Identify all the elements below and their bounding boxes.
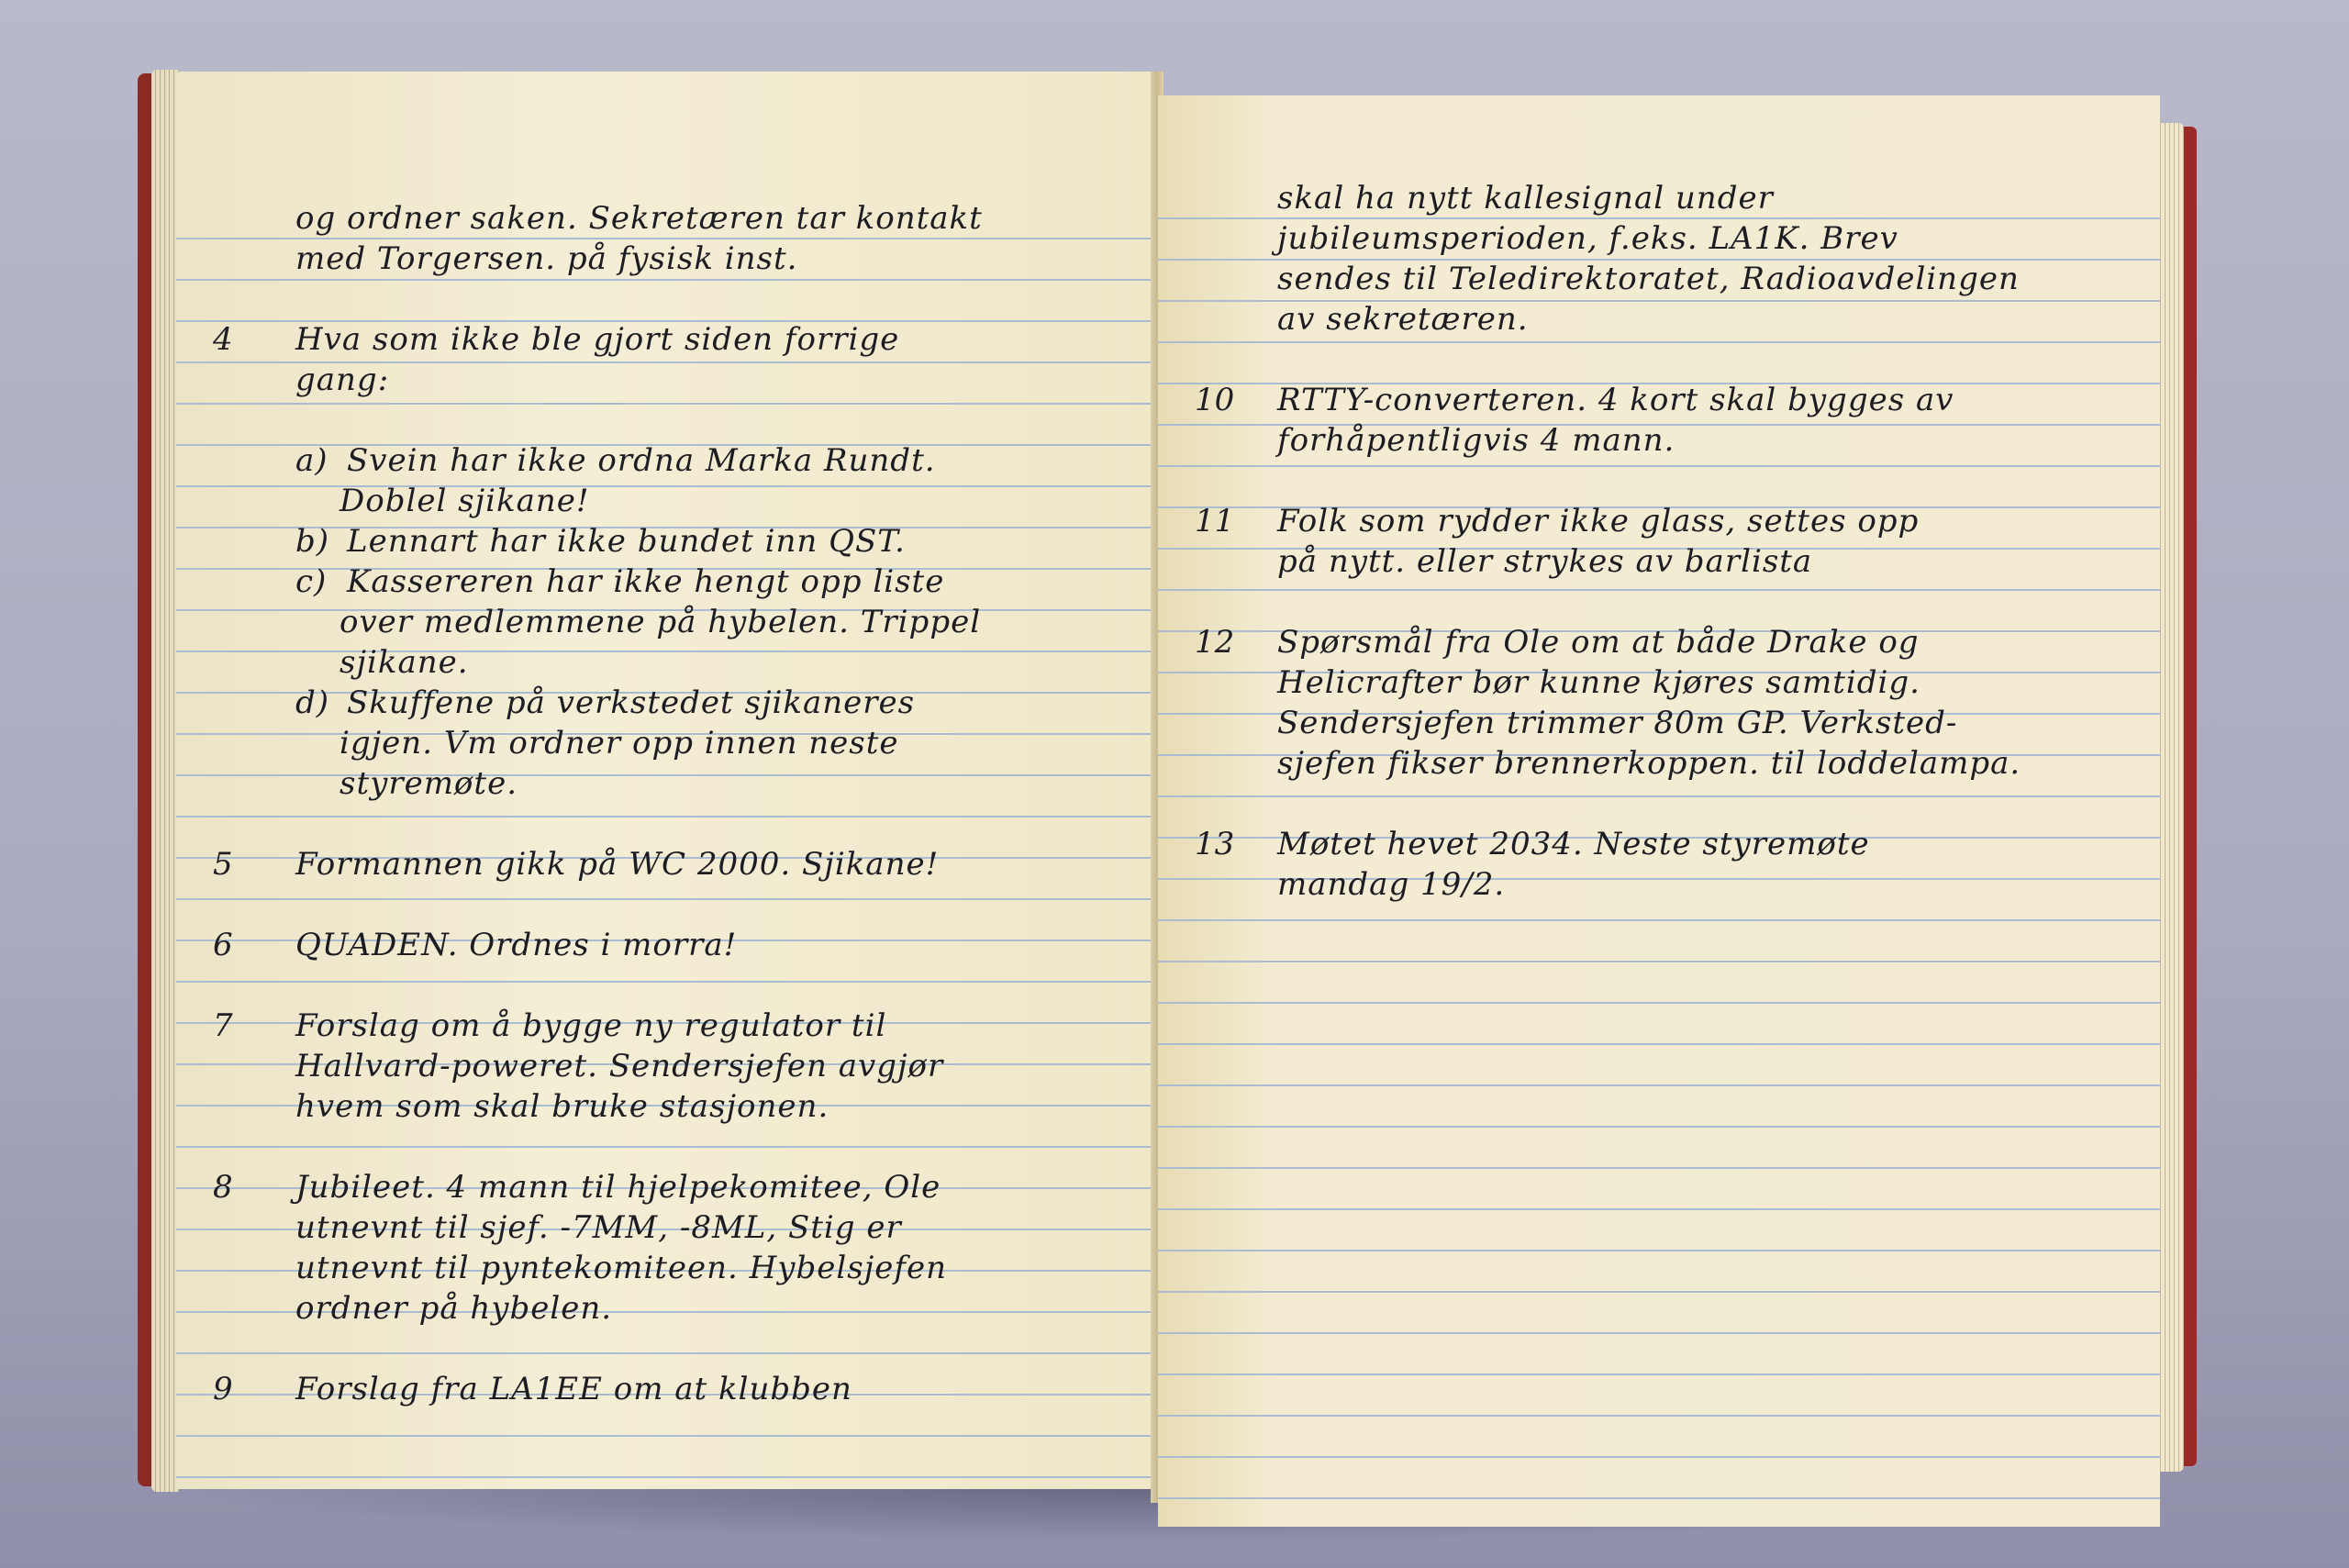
agenda-item-8: 8 Jubileet. 4 mann til hjelpekomitee, Ol… — [176, 1167, 1156, 1329]
agenda-item-11: 11 Folk som rydder ikke glass, settes op… — [1158, 501, 2160, 582]
notebook-cover-right — [2182, 127, 2197, 1466]
right-page: skal ha nytt kallesignal under jubileums… — [1158, 95, 2160, 1527]
agenda-item-10: 10 RTTY-converteren. 4 kort skal bygges … — [1158, 380, 2160, 461]
text-line: Kassereren har ikke hengt opp liste — [347, 563, 944, 600]
text-line: mandag 19/2. — [1277, 864, 2123, 905]
text-line: styremøte. — [295, 763, 1119, 804]
item-number: 10 — [1158, 380, 1277, 420]
item-number: 11 — [1158, 501, 1277, 541]
subitem-a: a)Svein har ikke ordna Marka Rundt. — [295, 440, 1119, 481]
item-number: 13 — [1158, 824, 1277, 864]
subitem-label: d) — [295, 683, 347, 723]
agenda-item-9: 9 Forslag fra LA1EE om at klubben — [176, 1369, 1156, 1409]
text-line: Svein har ikke ordna Marka Rundt. — [347, 442, 936, 479]
agenda-item-12: 12 Spørsmål fra Ole om at både Drake og … — [1158, 622, 2160, 784]
text-line: Lennart har ikke bundet inn QST. — [347, 523, 906, 560]
continuation-block: skal ha nytt kallesignal under jubileums… — [1158, 178, 2160, 339]
text-line: Helicrafter bør kunne kjøres samtidig. — [1277, 662, 2123, 703]
text-line: utnevnt til pyntekomiteen. Hybelsjefen — [295, 1248, 1119, 1288]
text-line: Formannen gikk på WC 2000. Sjikane! — [295, 844, 1119, 884]
text-line: gang: — [295, 360, 1119, 400]
text-line: Sendersjefen trimmer 80m GP. Verksted- — [1277, 703, 2123, 743]
text-line: ordner på hybelen. — [295, 1288, 1119, 1329]
text-line: skal ha nytt kallesignal under — [1277, 178, 2123, 218]
left-page: og ordner saken. Sekretæren tar kontakt … — [176, 72, 1156, 1489]
text-line: med Torgersen. på fysisk inst. — [295, 239, 1119, 279]
subitem-b: b)Lennart har ikke bundet inn QST. — [295, 521, 1119, 562]
text-line: QUADEN. Ordnes i morra! — [295, 925, 1119, 965]
text-line: Spørsmål fra Ole om at både Drake og — [1277, 622, 2123, 662]
subitem-label: b) — [295, 521, 347, 562]
text-line: forhåpentligvis 4 mann. — [1277, 420, 2123, 461]
subitem-d: d)Skuffene på verkstedet sjikaneres — [295, 683, 1119, 723]
subitem-label: a) — [295, 440, 347, 481]
text-line: Forslag om å bygge ny regulator til — [295, 1006, 1119, 1046]
text-line: Folk som rydder ikke glass, settes opp — [1277, 501, 2123, 541]
text-line: og ordner saken. Sekretæren tar kontakt — [295, 198, 1119, 239]
item-number: 7 — [176, 1006, 295, 1046]
text-line: Jubileet. 4 mann til hjelpekomitee, Ole — [295, 1167, 1119, 1207]
item-number: 12 — [1158, 622, 1277, 662]
text-line: sendes til Teledirektoratet, Radioavdeli… — [1277, 259, 2123, 299]
continuation-block: og ordner saken. Sekretæren tar kontakt … — [176, 198, 1156, 279]
text-line: igjen. Vm ordner opp innen neste — [295, 723, 1119, 763]
text-line: Hallvard-poweret. Sendersjefen avgjør — [295, 1046, 1119, 1086]
item-number: 5 — [176, 844, 295, 884]
text-line: utnevnt til sjef. -7MM, -8ML, Stig er — [295, 1207, 1119, 1248]
text-line: Skuffene på verkstedet sjikaneres — [347, 684, 915, 721]
text-line: Doblel sjikane! — [295, 481, 1119, 521]
item-number: 8 — [176, 1167, 295, 1207]
right-page-content: skal ha nytt kallesignal under jubileums… — [1158, 178, 2160, 905]
agenda-item-6: 6 QUADEN. Ordnes i morra! — [176, 925, 1156, 965]
text-line: jubileumsperioden, f.eks. LA1K. Brev — [1277, 218, 2123, 259]
agenda-item-13: 13 Møtet hevet 2034. Neste styremøte man… — [1158, 824, 2160, 905]
page-stack-left — [151, 70, 179, 1492]
text-line: RTTY-converteren. 4 kort skal bygges av — [1277, 380, 2123, 420]
text-line: Forslag fra LA1EE om at klubben — [295, 1369, 1119, 1409]
subitem-c: c)Kassereren har ikke hengt opp liste — [295, 562, 1119, 602]
text-line: Møtet hevet 2034. Neste styremøte — [1277, 824, 2123, 864]
item-number: 6 — [176, 925, 295, 965]
subitem-label: c) — [295, 562, 347, 602]
agenda-item-4: 4 Hva som ikke ble gjort siden forrige g… — [176, 319, 1156, 804]
text-line: over medlemmene på hybelen. Trippel — [295, 602, 1119, 642]
text-line: av sekretæren. — [1277, 299, 2123, 339]
item-number: 4 — [176, 319, 295, 360]
left-page-content: og ordner saken. Sekretæren tar kontakt … — [176, 198, 1156, 1409]
agenda-item-5: 5 Formannen gikk på WC 2000. Sjikane! — [176, 844, 1156, 884]
page-stack-right — [2156, 123, 2184, 1472]
text-line: sjikane. — [295, 642, 1119, 683]
text-line: på nytt. eller strykes av barlista — [1277, 541, 2123, 582]
text-line: hvem som skal bruke stasjonen. — [295, 1086, 1119, 1127]
text-line: sjefen fikser brennerkoppen. til loddela… — [1277, 743, 2123, 784]
text-line: Hva som ikke ble gjort siden forrige — [295, 319, 1119, 360]
agenda-item-7: 7 Forslag om å bygge ny regulator til Ha… — [176, 1006, 1156, 1127]
item-number: 9 — [176, 1369, 295, 1409]
